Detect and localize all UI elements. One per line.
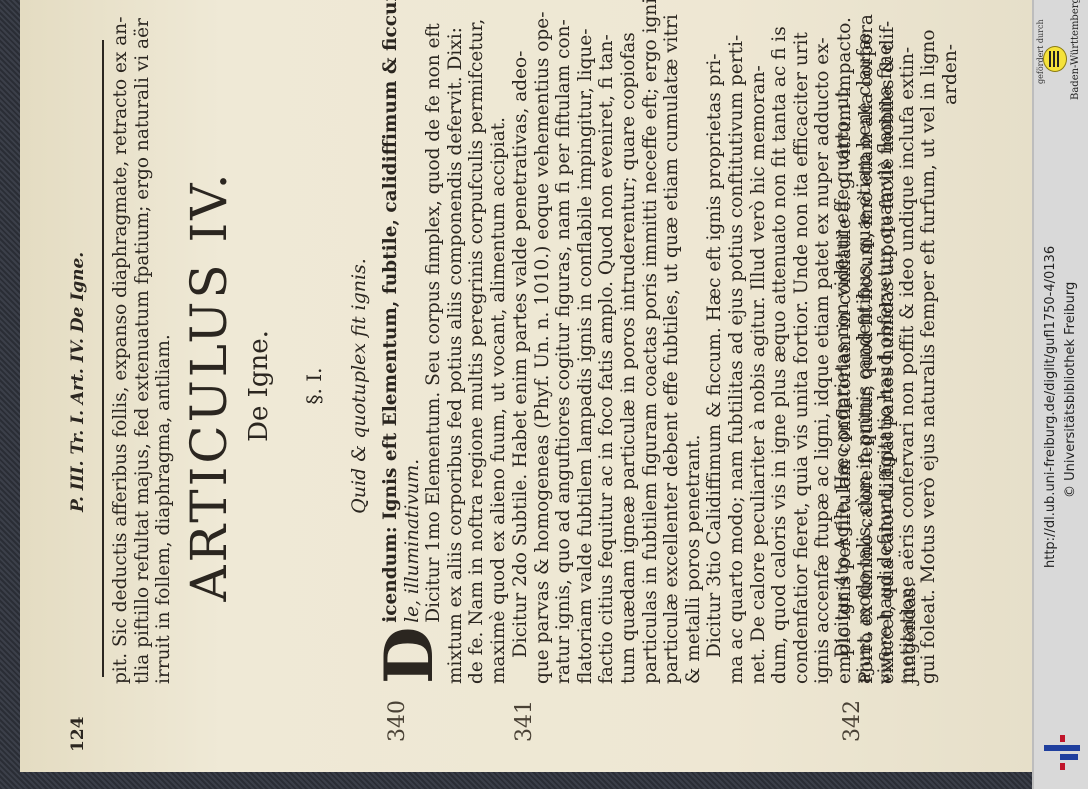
paragraph-342: Dicitur 4to Agile. Hæc proprietas non vi… <box>832 44 962 684</box>
section-mark: §. I. <box>302 0 326 772</box>
text-line: motitatione aëris confervari non poffit … <box>897 44 919 684</box>
text-line: ratur ignis, quo ad anguftiores cogitur … <box>553 44 575 684</box>
text-line: Dicitur 1mo Elementum. Seu corpus fimple… <box>423 44 445 684</box>
text-line: gui foleat. Motus verò ejus naturalis fe… <box>918 44 940 684</box>
page-rotated-content: 124 P. III. Tr. I. Art. IV. De Igne. pit… <box>20 0 1032 772</box>
text-line: & metalli poros penetrant. <box>683 44 705 684</box>
book-cover-edge-bottom <box>0 770 1032 789</box>
text-line: ma ac quarto modo; nam fubtilitas ad eju… <box>726 44 748 684</box>
library-logo-icon <box>1040 735 1084 775</box>
text-line: icendum: Ignis eft Elementum, fubtile, c… <box>380 44 402 684</box>
text-line: le, illuminativum. <box>402 44 424 684</box>
text-line: dum, quod caloris vis in igne plus æquo … <box>769 44 791 684</box>
text-line: vivere haud definunt, agitatio haud obfe… <box>875 44 897 684</box>
text-line: net. De calore peculiariter à nobis agit… <box>748 44 770 684</box>
paragraph-340: D icendum: Ignis eft Elementum, fubtile,… <box>380 44 510 684</box>
text-line: tlia piftillo refultat majus, fed extenu… <box>132 44 154 684</box>
text-line: ignis accenfæ ftupæ ac ligni, idque etia… <box>812 44 834 684</box>
text-line: mixtum ex aliis corporibus fed potius al… <box>445 44 467 684</box>
page-number: 124 <box>68 717 88 753</box>
text-line: ajunt, modo talis, cùm in prunis candent… <box>854 44 876 684</box>
text-line: Dicitur 4to Agile. Hæc proprietas non vi… <box>832 44 854 684</box>
text-line: particulas in fubtilem figuram coactas p… <box>640 44 662 684</box>
text-line: factio citius fequitur ac in foco fatis … <box>596 44 618 684</box>
text-line: de fe. Nam in noftra regione multis pere… <box>466 44 488 684</box>
viewer-sidebar <box>1032 0 1088 789</box>
scanned-page: 124 P. III. Tr. I. Art. IV. De Igne. pit… <box>20 0 1032 772</box>
running-head: 124 P. III. Tr. I. Art. IV. De Igne. <box>68 40 90 752</box>
text-line: que parvas & homogeneas (Phyf. Un. n. 10… <box>532 44 554 684</box>
margin-number: 342 <box>840 700 865 742</box>
coat-of-arms-icon <box>1043 46 1067 72</box>
margin-number: 340 <box>385 700 410 742</box>
text-line: maximè quod ex alieno fuum, ut vocant, a… <box>488 44 510 684</box>
book-cover-edge-left <box>0 0 22 789</box>
running-head-title: P. III. Tr. I. Art. IV. De Igne. <box>68 252 88 512</box>
text-line: condenfatior fieret, quia vis unita fort… <box>791 44 813 684</box>
text-line: irruit in follem, diaphragma, antliam. <box>153 44 175 684</box>
text-line: Dicitur 2do Subtile. Habet enim partes v… <box>510 44 532 684</box>
text-line: flatoriam valde fubtilem lampadis ignis … <box>575 44 597 684</box>
text-line: particulæ excellenter debent effe fubtil… <box>661 44 683 684</box>
drop-cap: D <box>380 627 438 684</box>
copyright-notice: © Universitätsbibliothek Freiburg <box>1063 282 1078 498</box>
article-heading: ARTICULUS IV. <box>180 0 238 772</box>
text-line: tum quædam igneæ particulæ in poros intr… <box>618 44 640 684</box>
section-question: Quid & quotuplex fit ignis. <box>348 0 370 772</box>
margin-number: 341 <box>512 700 537 742</box>
permalink-url[interactable]: http://dl.ub.uni-freiburg.de/diglit/gufl… <box>1043 246 1058 568</box>
article-subtitle: De Igne. <box>244 0 274 772</box>
catchword: arden- <box>940 44 962 684</box>
header-rule <box>102 40 104 677</box>
opening-paragraph: pit. Sic deductis afferibus follis, expa… <box>110 44 175 684</box>
text-line: pit. Sic deductis afferibus follis, expa… <box>110 44 132 684</box>
text-line: Dicitur 3tio Calidiffimum & ficcum. Hæc … <box>704 44 726 684</box>
funder-name: Baden-Württemberg <box>1070 0 1081 100</box>
